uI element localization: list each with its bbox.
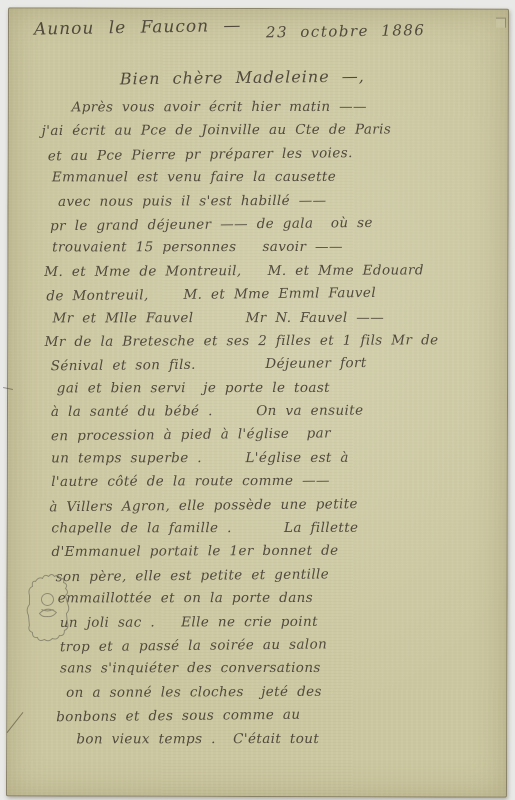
handwriting-line: chapelle de la famille . La fillette <box>35 517 502 541</box>
handwriting-line: Mr et Mlle Fauvel Mr N. Fauvel —— <box>34 306 501 330</box>
handwriting-line: et au Pce Pierre pr préparer les voies. <box>34 140 501 168</box>
handwriting-line: trop et a passé la soirée au salon <box>36 632 503 660</box>
letter-date: 23 octobre 1886 <box>266 21 426 41</box>
scan-backdrop: { "document": { "kind": "handwritten let… <box>0 0 515 800</box>
letter-salutation: Bien chère Madeleine —, <box>120 67 365 89</box>
handwriting-line: bonbons et des sous comme au <box>36 702 503 730</box>
letter-paper: Aunou le Faucon — 23 octobre 1886 Bien c… <box>6 7 509 797</box>
handwriting-line: bon vieux temps . C'était tout <box>36 727 503 751</box>
handwriting-line: sans s'inquiéter des conversations <box>36 657 503 681</box>
handwriting-line: Après vous avoir écrit hier matin —— <box>34 96 501 120</box>
letter-place: Aunou le Faucon — <box>34 16 242 40</box>
handwriting-line: de Montreuil, M. et Mme Emml Fauvel <box>34 281 501 309</box>
handwriting-line: Emmanuel est venu faire la causette <box>34 166 501 190</box>
handwriting-line: un joli sac . Elle ne crie point <box>36 610 503 635</box>
handwriting-line: l'autre côté de la route comme —— <box>35 469 502 494</box>
handwriting-line: j'ai écrit au Pce de Joinville au Cte de… <box>34 118 501 143</box>
margin-doodle-sketch <box>21 569 73 651</box>
handwriting-line: emmaillottée et on la porte dans <box>36 587 503 611</box>
handwriting-line: avec nous puis il s'est habillé —— <box>34 189 501 214</box>
handwriting-line: gai et bien servi je porte le toast <box>35 376 502 400</box>
handwriting-line: pr le grand déjeuner —— de gala où se <box>34 211 501 239</box>
handwriting-line: trouvaient 15 personnes savoir —— <box>34 236 501 260</box>
letter-body: Après vous avoir écrit hier matin ——j'ai… <box>34 95 504 752</box>
handwriting-line: un temps superbe . L'église est à <box>35 446 502 470</box>
handwriting-line: d'Emmanuel portait le 1er bonnet de <box>35 539 502 564</box>
handwriting-line: Sénival et son fils. Déjeuner fort <box>35 351 502 379</box>
handwriting-line: son père, elle est petite et gentille <box>35 561 502 589</box>
handwriting-line: à Villers Agron, elle possède une petite <box>35 491 502 519</box>
handwriting-line: en procession à pied à l'église par <box>35 421 502 449</box>
paper-corner-fold <box>496 18 506 28</box>
